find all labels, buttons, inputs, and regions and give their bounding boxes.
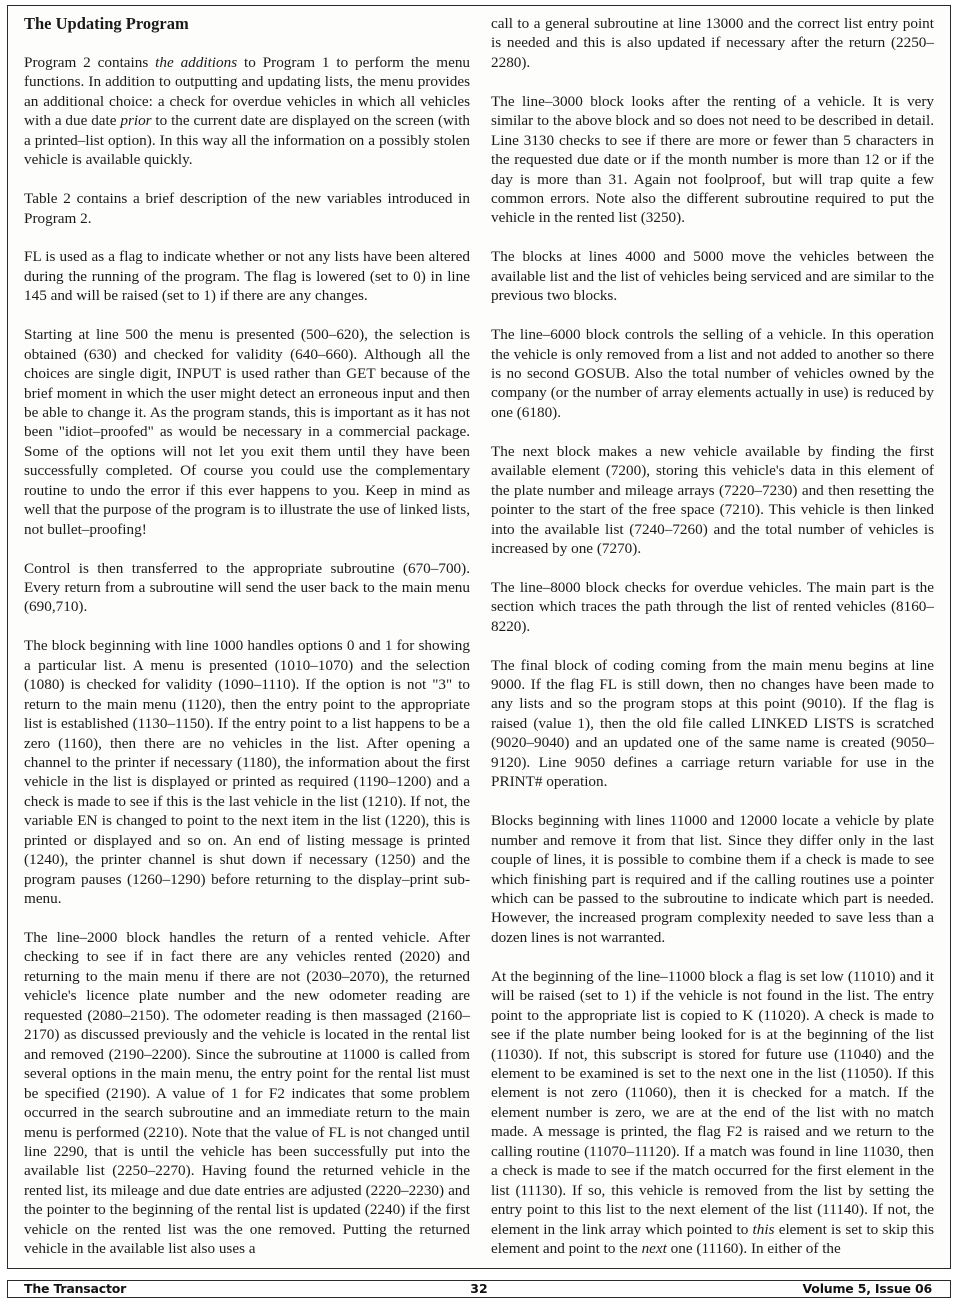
paragraph-text: Starting at line 500 the menu is present… <box>24 326 470 538</box>
right_column-paragraph: At the beginning of the line–11000 block… <box>491 967 934 1259</box>
right_column-paragraph: The blocks at lines 4000 and 5000 move t… <box>491 247 934 305</box>
paragraph-text: Blocks beginning with lines 11000 and 12… <box>491 812 934 946</box>
paragraph-text: The blocks at lines 4000 and 5000 move t… <box>491 248 934 304</box>
paragraph-text: one (11160). In either of the <box>667 1240 841 1257</box>
emphasis-text: the additions <box>155 54 237 71</box>
paragraph-text: FL is used as a flag to indicate whether… <box>24 248 470 304</box>
left-column-body: Program 2 contains the additions to Prog… <box>24 53 470 1259</box>
paragraph-text: Table 2 contains a brief description of … <box>24 190 470 226</box>
left_column-paragraph: Starting at line 500 the menu is present… <box>24 325 470 539</box>
right_column-paragraph: The final block of coding coming from th… <box>491 656 934 792</box>
left_column-paragraph: FL is used as a flag to indicate whether… <box>24 247 470 305</box>
left_column-paragraph: The block beginning with line 1000 handl… <box>24 636 470 908</box>
footer-issue: Volume 5, Issue 06 <box>803 1281 932 1296</box>
page-footer: The Transactor 32 Volume 5, Issue 06 <box>7 1280 951 1298</box>
right_column-paragraph: The line–3000 block looks after the rent… <box>491 92 934 228</box>
right_column-paragraph: The line–8000 block checks for overdue v… <box>491 578 934 636</box>
right_column-paragraph: Blocks beginning with lines 11000 and 12… <box>491 811 934 947</box>
paragraph-text: The line–8000 block checks for overdue v… <box>491 579 934 635</box>
right_column-paragraph: The next block makes a new vehicle avail… <box>491 442 934 559</box>
right_column-paragraph: The line–6000 block controls the selling… <box>491 325 934 422</box>
left_column-paragraph: The line–2000 block handles the return o… <box>24 928 470 1259</box>
left_column-paragraph: Control is then transferred to the appro… <box>24 559 470 617</box>
paragraph-text: Program 2 contains <box>24 54 155 71</box>
paragraph-text: The line–2000 block handles the return o… <box>24 929 470 1257</box>
paragraph-text: The line–3000 block looks after the rent… <box>491 93 934 227</box>
page-frame: The Updating Program Program 2 contains … <box>7 5 951 1269</box>
left_column-paragraph: Program 2 contains the additions to Prog… <box>24 53 470 170</box>
right_column-paragraph: call to a general subroutine at line 130… <box>491 14 934 72</box>
paragraph-text: The final block of coding coming from th… <box>491 657 934 791</box>
paragraph-text: At the beginning of the line–11000 block… <box>491 968 934 1238</box>
emphasis-text: prior <box>120 112 151 129</box>
right-column-body: call to a general subroutine at line 130… <box>491 14 934 1259</box>
emphasis-text: next <box>642 1240 667 1257</box>
left-column: The Updating Program Program 2 contains … <box>24 14 470 1259</box>
emphasis-text: this <box>753 1221 775 1238</box>
paragraph-text: The next block makes a new vehicle avail… <box>491 443 934 557</box>
right-column: call to a general subroutine at line 130… <box>491 14 934 1259</box>
paragraph-text: Control is then transferred to the appro… <box>24 560 470 616</box>
paragraph-text: The block beginning with line 1000 handl… <box>24 637 470 907</box>
paragraph-text: The line–6000 block controls the selling… <box>491 326 934 421</box>
article-heading: The Updating Program <box>24 14 470 34</box>
paragraph-text: call to a general subroutine at line 130… <box>491 15 934 71</box>
left_column-paragraph: Table 2 contains a brief description of … <box>24 189 470 228</box>
